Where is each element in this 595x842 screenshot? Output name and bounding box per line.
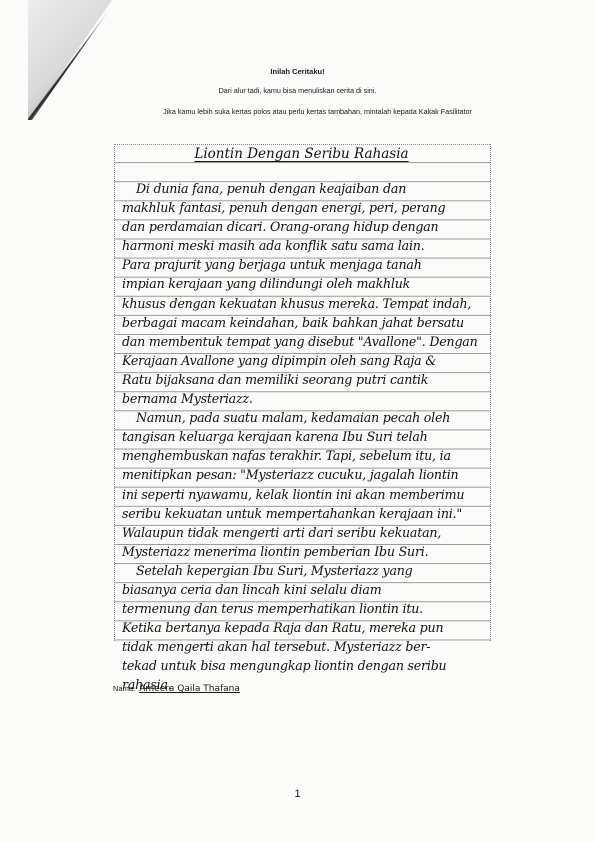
story-line: bernama Mysteriazz. [122,389,494,408]
story-line: Di dunia fana, penuh dengan keajaiban da… [122,179,494,198]
story-line: tidak mengerti akan hal tersebut. Myster… [122,637,494,656]
story-line: berbagai macam keindahan, baik bahkan ja… [122,313,494,332]
story-line: termenung dan terus memperhatikan lionti… [122,599,494,618]
author-name: Ameera Qaila Thafana [139,684,240,694]
worksheet-title: Inilah Ceritaku! [0,67,595,76]
worksheet-subtitle: Dari alur tadi, kamu bisa menuliskan cer… [0,86,595,95]
story-line: tangisan keluarga kerajaan karena Ibu Su… [122,427,494,446]
story-line: Kerajaan Avallone yang dipimpin oleh san… [122,351,494,370]
story-title: Liontin Dengan Seribu Rahasia [114,146,489,162]
story-line: Walaupun tidak mengerti arti dari seribu… [122,523,494,542]
story-line: Setelah kepergian Ibu Suri, Mysteriazz y… [122,561,494,580]
story-line: Mysteriazz menerima liontin pemberian Ib… [122,542,494,561]
story-line: dan membentuk tempat yang disebut "Avall… [122,332,494,351]
name-label: Nama: [113,684,135,693]
story-line: Para prajurit yang berjaga untuk menjaga… [122,255,494,274]
story-line: Ketika bertanya kepada Raja dan Ratu, me… [122,618,494,637]
story-line: harmoni meski masih ada konflik satu sam… [122,236,494,255]
story-line: makhluk fantasi, penuh dengan energi, pe… [122,198,494,217]
story-line: biasanya ceria dan lincah kini selalu di… [122,580,494,599]
author-name-row: Nama: Ameera Qaila Thafana [113,684,240,694]
story-line: dan perdamaian dicari. Orang-orang hidup… [122,217,494,236]
story-line: Namun, pada suatu malam, kedamaian pecah… [122,408,494,427]
story-line: khusus dengan kekuatan khusus mereka. Te… [122,294,494,313]
story-line: tekad untuk bisa mengungkap liontin deng… [122,656,494,675]
story-line: menghembuskan nafas terakhir. Tapi, sebe… [122,446,494,465]
story-body: Di dunia fana, penuh dengan keajaiban da… [122,179,494,695]
page-number: 1 [0,788,595,800]
story-line: impian kerajaan yang dilindungi oleh mak… [122,274,494,293]
story-line: ini seperti nyawamu, kelak liontin ini a… [122,485,494,504]
page-curl-shadow [0,0,112,120]
story-line: seribu kekuatan untuk mempertahankan ker… [122,504,494,523]
story-line: menitipkan pesan: "Mysteriazz cucuku, ja… [122,465,494,484]
story-line: Ratu bijaksana dan memiliki seorang putr… [122,370,494,389]
worksheet-instruction: Jika kamu lebih suka kertas polos atau p… [40,107,595,116]
